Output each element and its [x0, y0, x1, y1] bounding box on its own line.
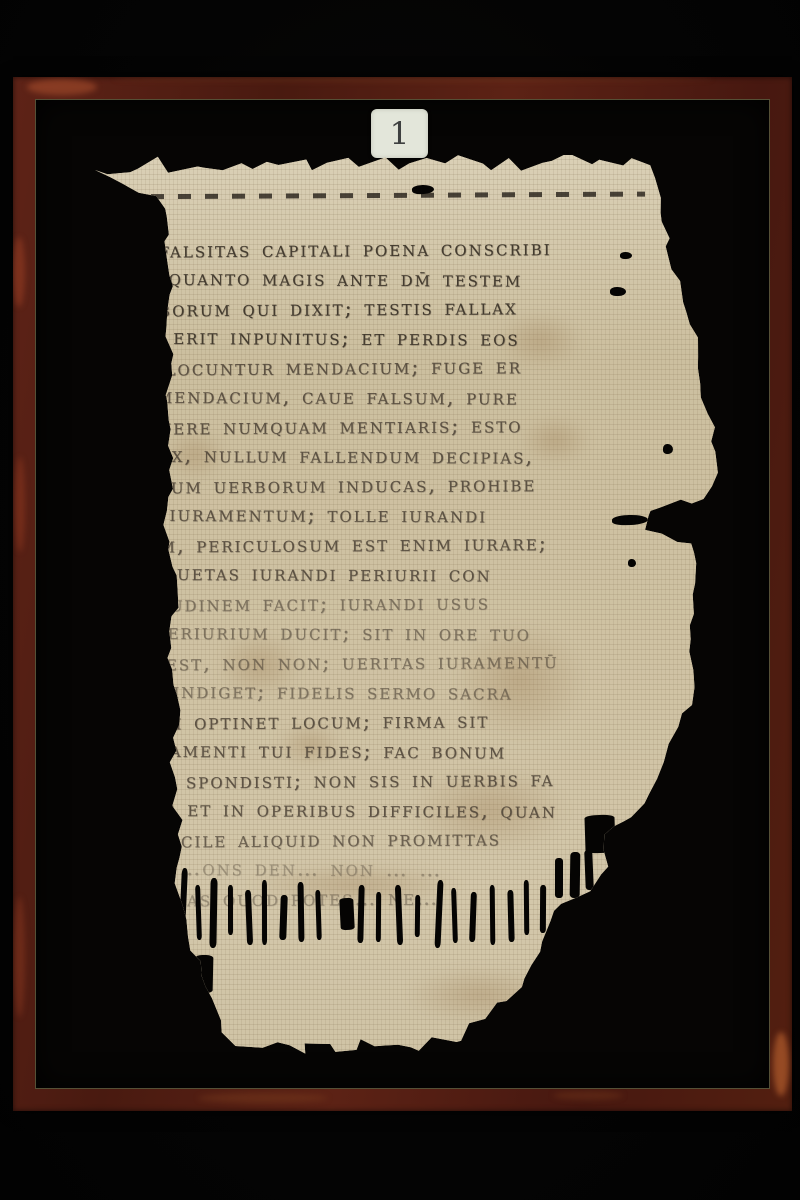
damage-slit: [610, 287, 626, 296]
text-line: est est, non non; ueritas iuramentū: [118, 646, 678, 679]
text-line: uerax, nullum fallendum decipias,: [118, 440, 678, 472]
text-line: qui locuntur mendacium; fuge er: [118, 351, 678, 384]
damage-slit: [524, 880, 529, 935]
text-line: menti optinet locum; firma sit: [118, 705, 678, 738]
damage-slit: [628, 559, 636, 567]
damage-slit: [298, 882, 305, 942]
damage-slit: [620, 252, 632, 259]
text-line: go mendacium, caue falsum, pure: [118, 381, 678, 413]
damage-slit: [228, 885, 233, 935]
damage-slit: [540, 885, 546, 933]
text-line: sacramenti tui fides; fac bonum: [118, 735, 678, 767]
black-backdrop: 1 si falsitas capitali poena conscribitu…: [0, 0, 800, 1200]
damage-slit: [262, 880, 267, 945]
photo-page: { "photo": { "label_number": "1" }, "man…: [0, 0, 800, 1200]
damage-slit: [279, 895, 288, 940]
text-line: suetudinem facit; iurandi usus: [118, 587, 678, 620]
frame-scuff: [553, 1091, 623, 1100]
damage-slit: [415, 895, 421, 937]
text-line: tur quanto magis ante dm̄ testem: [118, 263, 678, 295]
text-line: uerborum qui dixit; testis fallax: [118, 292, 678, 325]
damage-slit: [339, 898, 355, 931]
item-number: 1: [390, 116, 410, 152]
damage-slit: [376, 892, 381, 942]
frame-scuff: [14, 897, 25, 1017]
text-line: …ue …ons den… non … …: [118, 853, 678, 885]
damage-slit: [357, 885, 364, 943]
text-line: quod spondisti; non sis in uerbis fa: [118, 764, 678, 797]
damage-slit: [570, 852, 581, 898]
frame-scuff: [27, 79, 97, 95]
text-line: non erit inpunitus; et perdis eos: [118, 322, 678, 354]
text-line: loquere numquam mentiaris; esto: [118, 410, 678, 443]
frame-scuff: [15, 457, 25, 552]
text-line: tibi iuramentum; tolle iurandi: [118, 499, 678, 531]
text-line: usum, periculosum est enim iurare;: [118, 528, 678, 561]
frame-scuff: [198, 1093, 328, 1103]
text-line: non indiget; fidelis sermo sacra: [118, 676, 678, 708]
text-line: nullum uerborum inducas, prohibe: [118, 469, 678, 502]
text-line: si falsitas capitali poena conscribi: [118, 233, 678, 266]
text-line: assiduetas iurandi periurii con: [118, 558, 678, 590]
text-line: ad periurium ducit; sit in ore tuo: [118, 617, 678, 649]
frame-scuff: [13, 237, 25, 307]
damage-slit: [469, 892, 477, 942]
frame-scuff: [773, 1032, 789, 1096]
damage-slit: [209, 878, 217, 948]
damage-slit: [584, 850, 594, 890]
horizontal-crack: [97, 192, 645, 200]
item-number-label: 1: [371, 109, 428, 158]
damage-slit: [490, 885, 496, 945]
damage-slit: [555, 858, 563, 898]
manuscript-text: si falsitas capitali poena conscribitur …: [118, 235, 678, 914]
frame-scuff: [113, 77, 713, 81]
